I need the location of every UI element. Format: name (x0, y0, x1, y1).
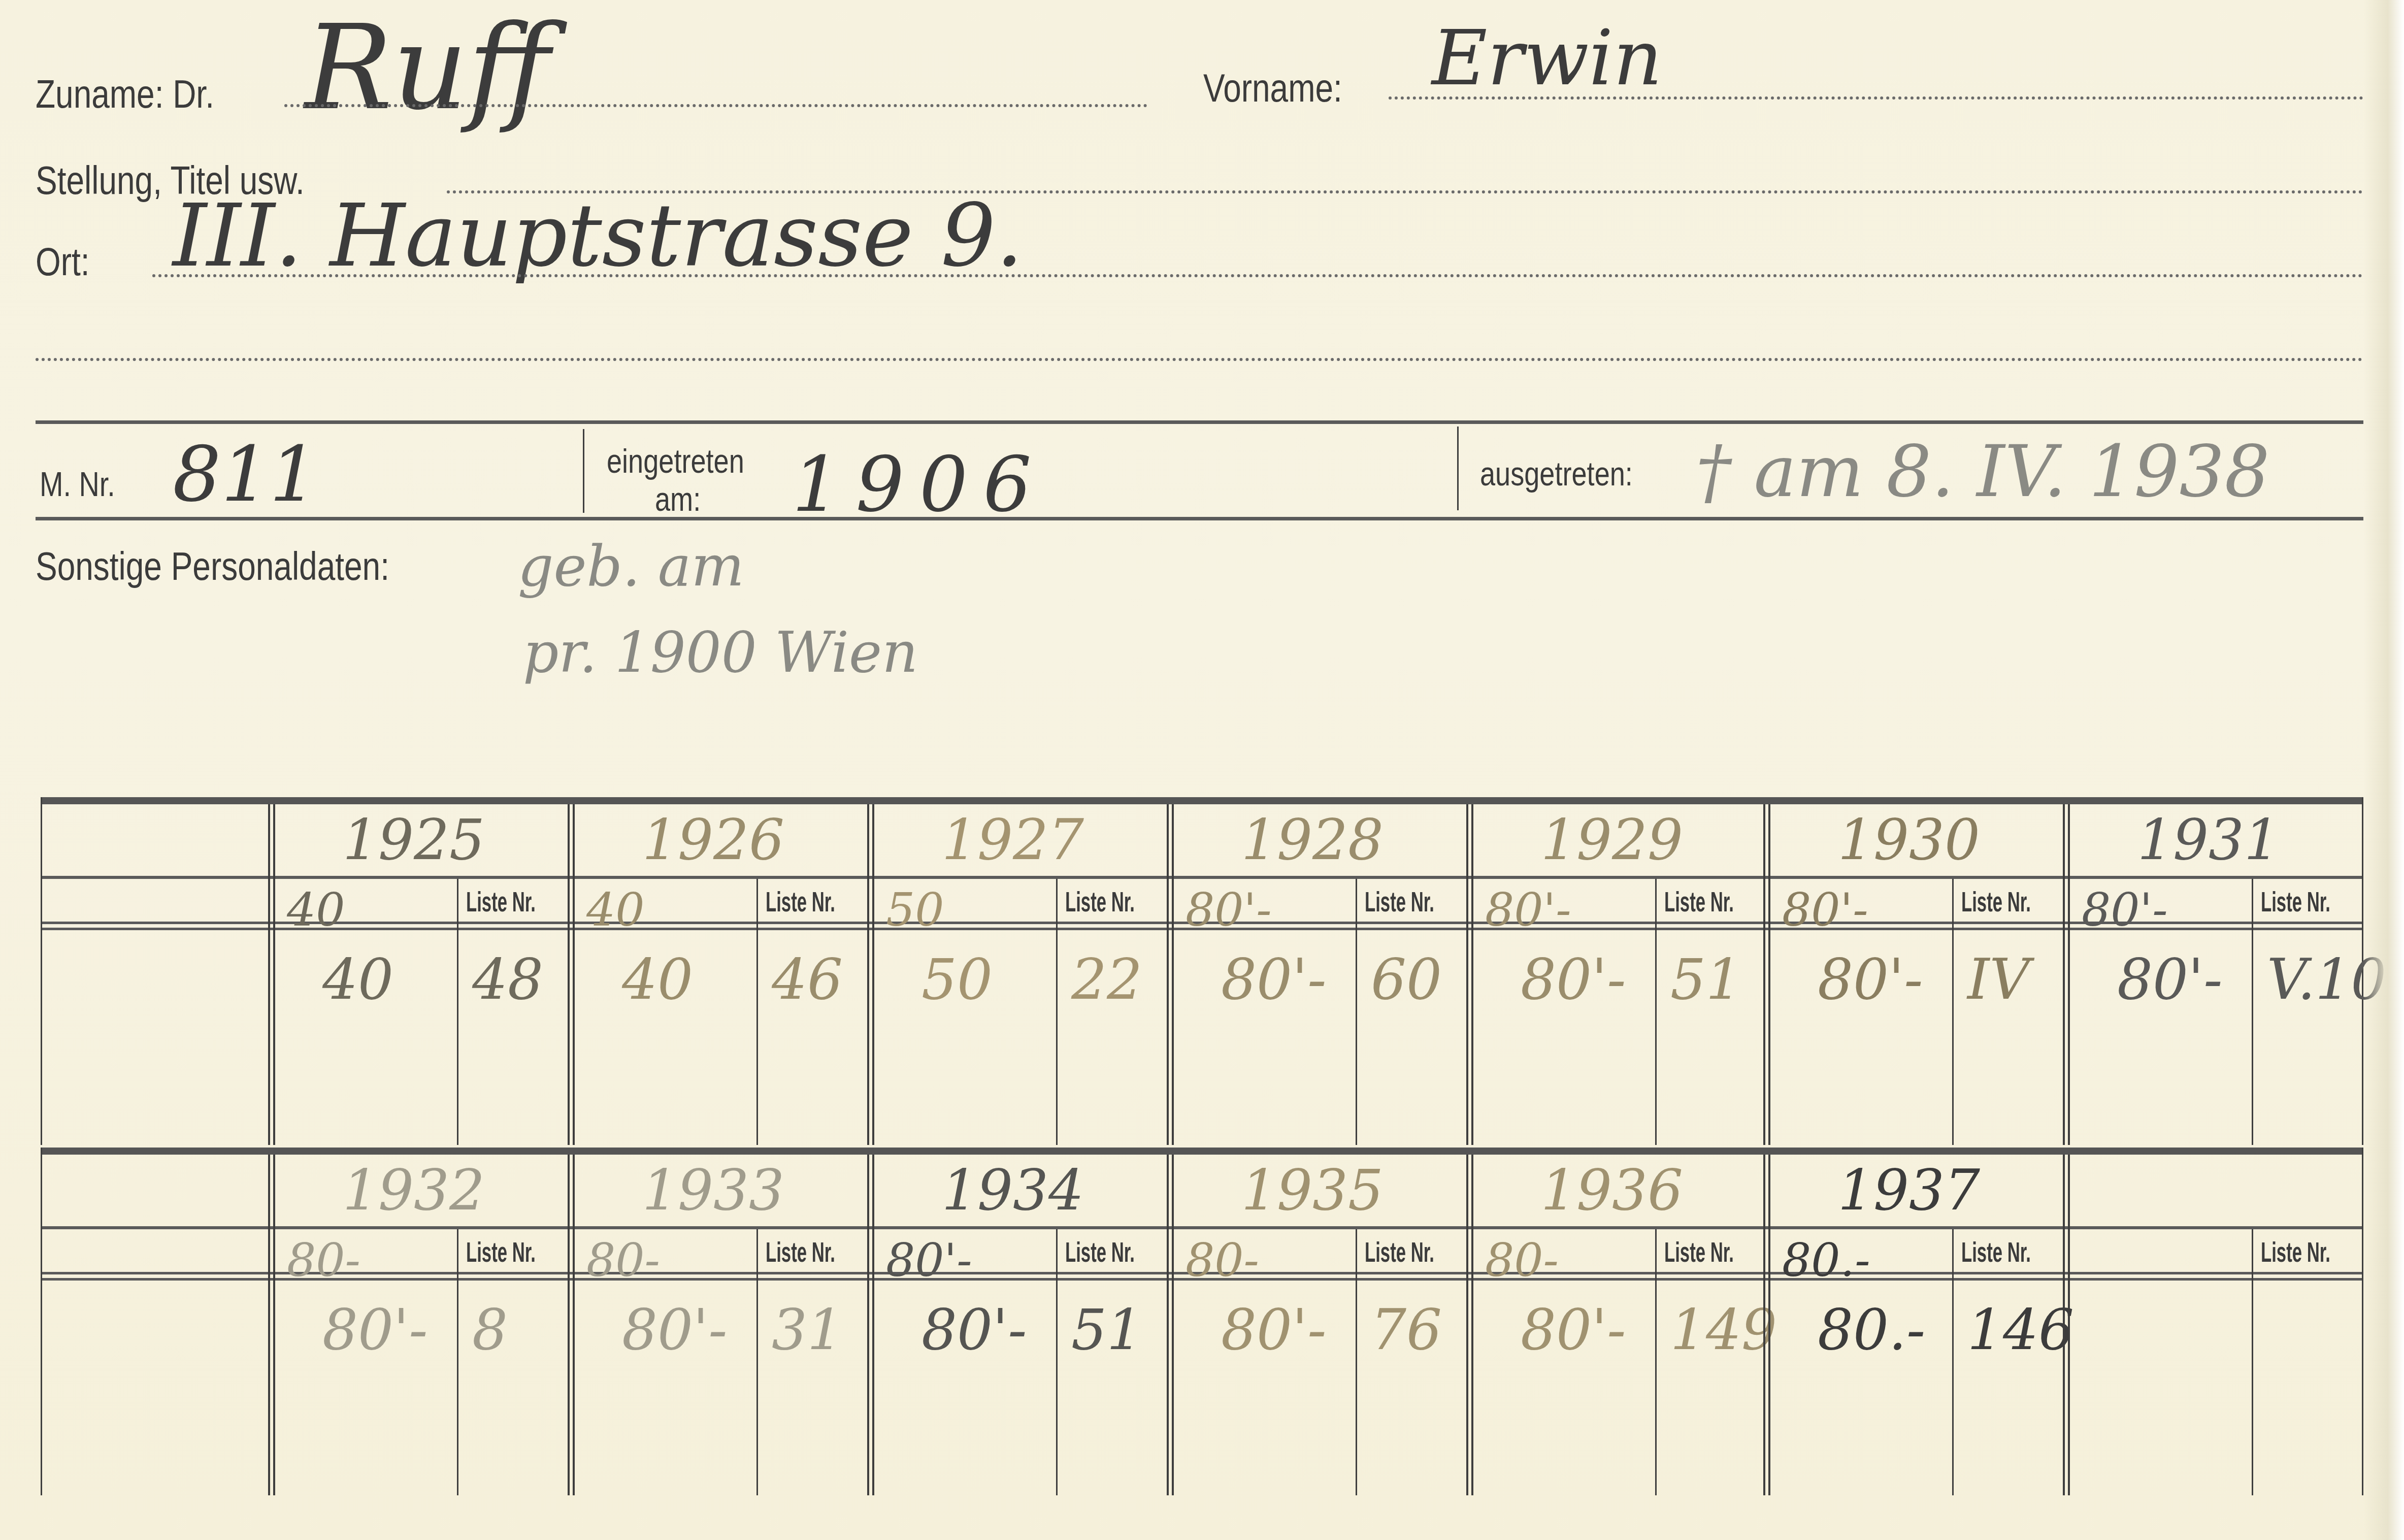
gezahlt-value: 80'- (921, 1297, 1027, 1362)
zuname-value: Ruff (305, 10, 550, 127)
liste-nr-label: Liste Nr. (766, 885, 835, 918)
gezahlt-value: 80'- (1521, 1297, 1626, 1362)
vorschrift-value: 40 (287, 883, 345, 937)
gezahlt-value: 50 (921, 947, 993, 1012)
ort-line (152, 274, 2363, 277)
vorname-label: Vorname: (1203, 65, 1342, 111)
mnr-label: M. Nr. (40, 465, 115, 504)
divider-vertical-2 (1457, 427, 1459, 510)
zuname-label: Zuname: Dr. (36, 71, 214, 117)
liste-nr-label: Liste Nr. (1961, 1235, 2031, 1268)
ort-label: Ort: (36, 239, 90, 285)
ausgetreten-label: ausgetreten: (1480, 454, 1633, 493)
jahr-value: 1929 (1541, 807, 1683, 872)
jahr-value: 1930 (1838, 807, 1980, 872)
gezahlt-value: 80'- (622, 1297, 727, 1362)
liste-nr-label: Liste Nr. (1065, 885, 1135, 918)
liste-divider (1056, 879, 1058, 1145)
liste-divider (457, 1229, 458, 1495)
liste-value: 31 (772, 1297, 843, 1362)
column-divider (1763, 1155, 1770, 1495)
jahr-value: 1928 (1241, 807, 1384, 872)
sonstige-line-2: pr. 1900 Wien (523, 625, 918, 680)
column-divider (568, 804, 575, 1145)
gezahlt-value: 40 (622, 947, 693, 1012)
column-divider (1763, 804, 1770, 1145)
vorschrift-value: 80- (1485, 1234, 1559, 1287)
liste-nr-label: Liste Nr. (2261, 885, 2330, 918)
gezahlt-value: 80'- (1818, 947, 1923, 1012)
liste-divider (2252, 1229, 2253, 1495)
card-edge (2363, 0, 2404, 1540)
vorschrift-value: 80'- (1485, 883, 1571, 937)
liste-value: 60 (1371, 947, 1442, 1012)
column-divider (568, 1155, 575, 1495)
gezahlt-value: 80.- (1818, 1297, 1925, 1362)
vorschrift-value: 80- (287, 1234, 360, 1287)
liste-value: 76 (1371, 1297, 1442, 1362)
liste-nr-label: Liste Nr. (1664, 1235, 1734, 1268)
column-divider (2063, 804, 2070, 1145)
column-divider (2063, 1155, 2070, 1495)
liste-value: IV (1967, 947, 2030, 1012)
liste-value: 149 (1670, 1297, 1777, 1362)
gezahlt-value: 80'- (1521, 947, 1626, 1012)
liste-divider (1952, 1229, 1954, 1495)
column-divider (268, 804, 275, 1145)
liste-divider (2252, 879, 2253, 1145)
vorschrift-value: 80- (1185, 1234, 1259, 1287)
jahr-rule (41, 1226, 2363, 1229)
sonstige-line-1: geb. am (518, 538, 744, 594)
ort-value: III. Hauptstrasse 9. (173, 193, 1023, 279)
liste-value: 22 (1071, 947, 1142, 1012)
jahr-value: 1927 (942, 807, 1084, 872)
table-left-border (41, 1148, 42, 1495)
liste-divider (1356, 1229, 1357, 1495)
jahr-value: 1931 (2137, 807, 2280, 872)
divider-bottom (36, 517, 2363, 520)
liste-nr-label: Liste Nr. (466, 885, 536, 918)
vorschrift-value: 80'- (2082, 883, 2168, 937)
liste-divider (1655, 1229, 1657, 1495)
liste-value: 51 (1071, 1297, 1142, 1362)
vorschrift-value: 80'- (886, 1234, 972, 1287)
table-left-border (41, 797, 42, 1145)
membership-card: Zuname: Dr. Ruff Vorname: Erwin Stellung… (0, 0, 2404, 1540)
vorschrift-value: 50 (886, 883, 944, 937)
divider-vertical-1 (583, 429, 584, 513)
jahr-rule (41, 876, 2363, 879)
liste-divider (1056, 1229, 1058, 1495)
jahr-value: 1935 (1241, 1158, 1384, 1223)
liste-nr-label: Liste Nr. (1065, 1235, 1135, 1268)
liste-nr-label: Liste Nr. (1664, 885, 1734, 918)
eingetreten-label: eingetreten (607, 442, 744, 480)
column-divider (1167, 804, 1174, 1145)
column-divider (867, 1155, 874, 1495)
liste-divider (1952, 879, 1954, 1145)
column-divider (1466, 1155, 1473, 1495)
jahr-value: 1925 (343, 807, 485, 872)
gezahlt-value: 80'- (1221, 1297, 1326, 1362)
vorschrift-value: 80- (586, 1234, 660, 1287)
gezahlt-value: 80'- (322, 1297, 427, 1362)
liste-value: 8 (472, 1297, 508, 1362)
liste-divider (457, 879, 458, 1145)
liste-nr-label: Liste Nr. (766, 1235, 835, 1268)
vorschrift-value: 80'- (1782, 883, 1868, 937)
column-divider (1466, 804, 1473, 1145)
gezahlt-value: 40 (322, 947, 393, 1012)
vorschrift-value: 80.- (1782, 1234, 1870, 1287)
jahr-value: 1936 (1541, 1158, 1683, 1223)
eingetreten-am-label: am: (655, 480, 701, 518)
extra-line (36, 358, 2363, 361)
column-divider (867, 804, 874, 1145)
liste-divider (1655, 879, 1657, 1145)
liste-divider (756, 1229, 758, 1495)
table-top-rule (41, 797, 2363, 804)
column-divider (268, 1155, 275, 1495)
liste-divider (756, 879, 758, 1145)
sonstige-label: Sonstige Personaldaten: (36, 543, 389, 589)
liste-value: 48 (472, 947, 543, 1012)
vorschrift-value: 40 (586, 883, 645, 937)
table-top-rule (41, 1148, 2363, 1155)
liste-value: 146 (1967, 1297, 2074, 1362)
jahr-value: 1926 (642, 807, 784, 872)
jahr-value: 1937 (1838, 1158, 1980, 1223)
liste-divider (1356, 879, 1357, 1145)
gezahlt-value: 80'- (2117, 947, 2222, 1012)
zuname-line (284, 104, 1147, 107)
mnr-value: 811 (173, 437, 318, 513)
vorname-value: Erwin (1432, 20, 1662, 96)
liste-nr-label: Liste Nr. (1365, 885, 1434, 918)
liste-nr-label: Liste Nr. (2261, 1235, 2330, 1268)
liste-nr-label: Liste Nr. (1365, 1235, 1434, 1268)
liste-nr-label: Liste Nr. (466, 1235, 536, 1268)
vorschrift-value: 80'- (1185, 883, 1272, 937)
ausgetreten-value: † am 8. IV. 1938 (1696, 437, 2270, 508)
vorname-line (1389, 96, 2363, 100)
liste-value: 46 (772, 947, 843, 1012)
jahr-value: 1932 (343, 1158, 485, 1223)
liste-value: 51 (1670, 947, 1741, 1012)
eingetreten-value: 1906 (792, 447, 1047, 523)
gezahlt-value: 80'- (1221, 947, 1326, 1012)
liste-nr-label: Liste Nr. (1961, 885, 2031, 918)
column-divider (1167, 1155, 1174, 1495)
jahr-value: 1934 (942, 1158, 1084, 1223)
divider-top (36, 420, 2363, 424)
jahr-value: 1933 (642, 1158, 784, 1223)
